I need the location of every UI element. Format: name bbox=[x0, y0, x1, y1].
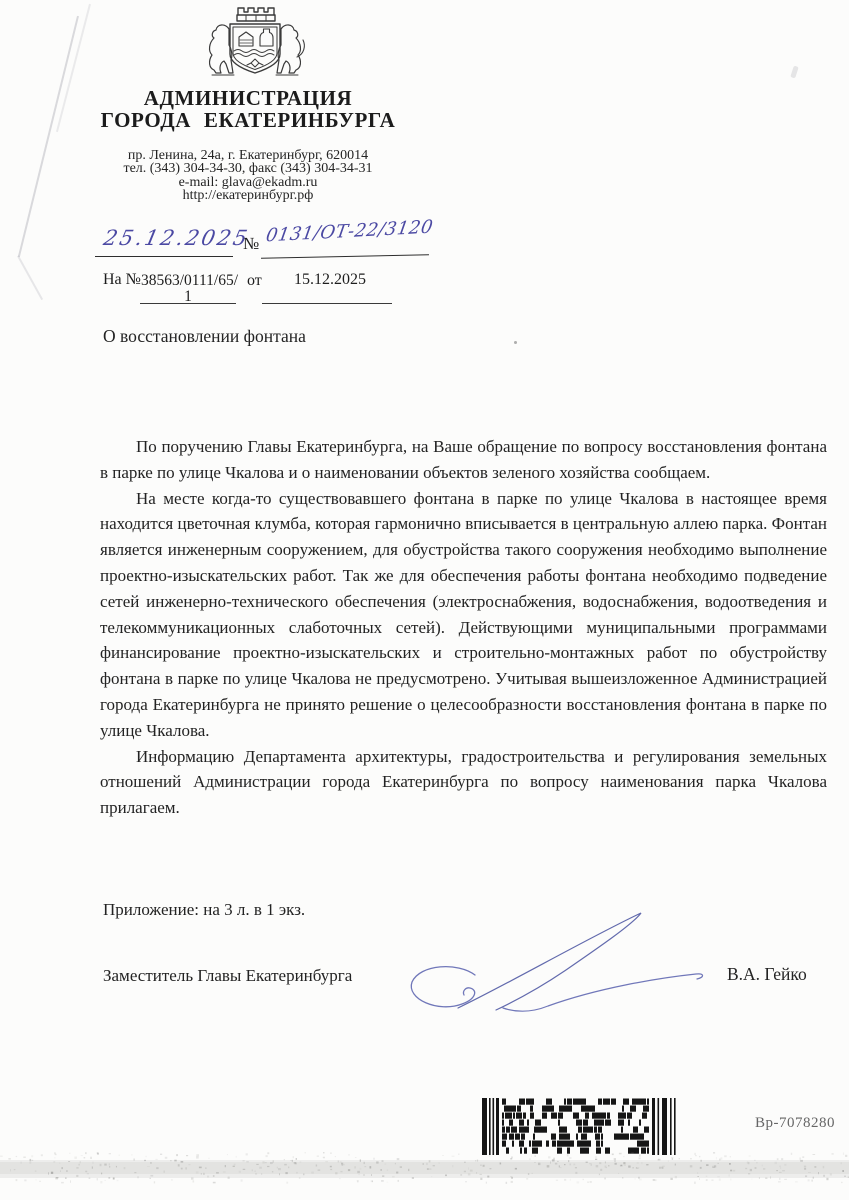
phone-line: тел. (343) 304-34-30, факс (343) 304-34-… bbox=[72, 162, 424, 175]
barcode-icon bbox=[482, 1098, 683, 1155]
number-underline bbox=[261, 254, 429, 259]
org-name-line1: АДМИНИСТРАЦИЯ bbox=[72, 88, 424, 110]
letter-body: По поручению Главы Екатеринбурга, на Ваш… bbox=[100, 434, 827, 821]
org-name-line2: ГОРОДА ЕКАТЕРИНБУРГА bbox=[72, 110, 424, 132]
fold-crease-line bbox=[18, 16, 79, 257]
fold-crease-line bbox=[17, 256, 43, 300]
incoming-number-underline bbox=[140, 303, 236, 304]
from-label: от bbox=[247, 272, 262, 290]
coat-of-arms-icon bbox=[200, 2, 310, 82]
body-paragraph: Информацию Департамента архитектуры, гра… bbox=[100, 744, 827, 821]
signature-icon bbox=[398, 896, 718, 1021]
date-underline bbox=[95, 256, 233, 257]
registration-code: Вр-7078280 bbox=[755, 1115, 835, 1132]
incoming-date-underline bbox=[262, 303, 392, 304]
attachment-line: Приложение: на 3 л. в 1 экз. bbox=[103, 900, 305, 920]
signer-name: В.А. Гейко bbox=[727, 964, 807, 985]
email-line: e-mail: glava@ekadm.ru bbox=[72, 176, 424, 189]
org-name: АДМИНИСТРАЦИЯ ГОРОДА ЕКАТЕРИНБУРГА bbox=[72, 88, 424, 131]
body-paragraph: На месте когда-то существовавшего фонтан… bbox=[100, 486, 827, 744]
website-line: http://екатеринбург.рф bbox=[72, 189, 424, 202]
scanned-letter-page: АДМИНИСТРАЦИЯ ГОРОДА ЕКАТЕРИНБУРГА пр. Л… bbox=[0, 0, 849, 1200]
address-line: пр. Ленина, 24а, г. Екатеринбург, 620014 bbox=[72, 149, 424, 162]
handwritten-outgoing-date: 25.12.2025 bbox=[101, 226, 251, 250]
incoming-ref-label: На № bbox=[103, 271, 141, 289]
body-paragraph: По поручению Главы Екатеринбурга, на Ваш… bbox=[100, 434, 827, 486]
scan-speck bbox=[514, 341, 517, 344]
subject-line: О восстановлении фонтана bbox=[103, 326, 306, 347]
scan-noise-band bbox=[0, 1150, 849, 1190]
signer-position: Заместитель Главы Екатеринбурга bbox=[103, 966, 352, 986]
number-sign: № bbox=[243, 234, 259, 254]
scan-speck bbox=[790, 66, 798, 79]
letterhead-contacts: пр. Ленина, 24а, г. Екатеринбург, 620014… bbox=[72, 149, 424, 203]
incoming-date: 15.12.2025 bbox=[294, 271, 366, 289]
handwritten-outgoing-number: 0131/ОТ-22/3120 bbox=[264, 217, 434, 247]
